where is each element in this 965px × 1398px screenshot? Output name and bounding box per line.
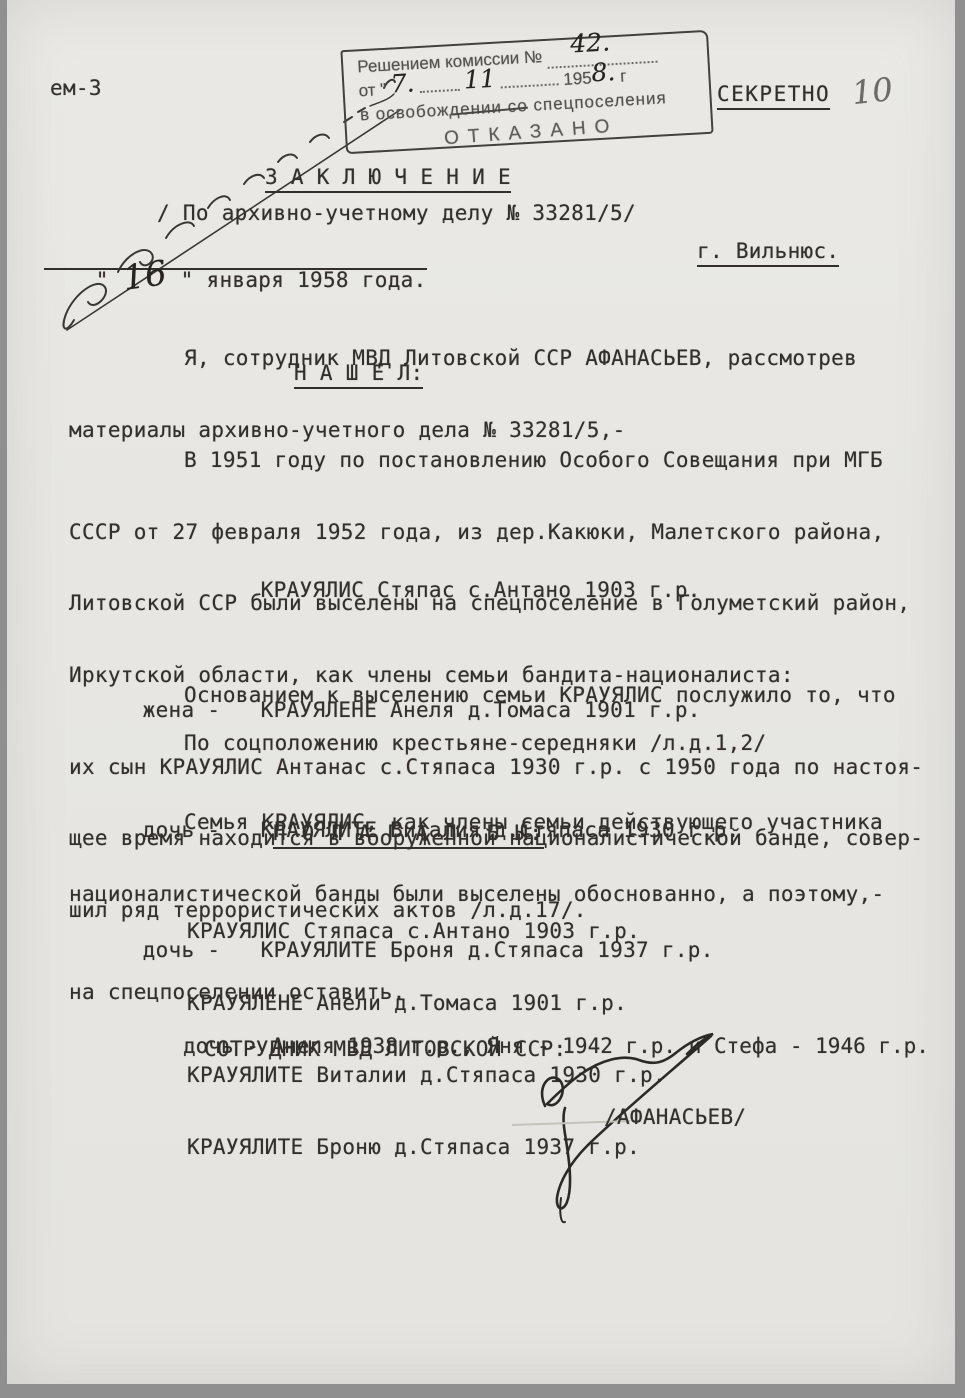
stamp-month-handwritten: 11	[463, 64, 496, 95]
date-open-quote: "	[96, 268, 109, 292]
propose-row: КРАУЯЛИС Стяпаса с.Антано 1903 г.р.	[187, 919, 666, 943]
family-name: КРАУЯЛИС Стяпас с.Антано 1903 г.р.	[261, 578, 701, 602]
date-line: "16" января 1958 года.	[44, 232, 427, 270]
secret-classification-label: СЕКРЕТНО	[717, 82, 830, 110]
paragraph-line: Я, сотрудник МВД Литовской ССР АФАНАСЬЕВ…	[69, 347, 857, 371]
final-decision-line: на спецпоселении оставить.	[69, 980, 406, 1004]
date-text: января 1958 года.	[194, 268, 427, 292]
signatory-name: /АФАНАСЬЕВ/	[604, 1105, 746, 1129]
place-label: г. Вильнюс.	[697, 239, 839, 267]
stamp-year-digit-handwritten: 8.	[591, 57, 616, 87]
paragraph-line: В 1951 году по постановлению Особого Сов…	[69, 449, 910, 473]
document-title: З А К Л Ю Ч Е Н И Е	[265, 165, 511, 193]
document-page: ем-3 Решением комиссии № 42. от " 7.	[7, 0, 955, 1384]
propose-heading: П О Л А Г А Л Б Ы:	[273, 821, 544, 849]
page-number-handwritten: 10	[850, 70, 894, 112]
approval-stamp: Решением комиссии № 42. от " 7. 11 1958.…	[340, 30, 713, 154]
date-day-handwritten: 16	[106, 251, 183, 301]
social-status-line: По соцположению крестьяне-середняки /л.д…	[184, 731, 766, 755]
found-heading: Н А Ш Е Л:	[294, 361, 423, 389]
paragraph-line: Основанием к выселению семьи КРАУЯЛИС по…	[69, 684, 923, 708]
stamp-year-suffix: г	[620, 66, 627, 85]
stamp-year-printed: 195	[563, 68, 592, 89]
stamp-case-number-handwritten: 42.	[569, 27, 610, 58]
case-reference: / По архивно-учетному делу № 33281/5/	[157, 201, 636, 225]
family-row: КРАУЯЛИС Стяпас с.Антано 1903 г.р.	[65, 554, 929, 626]
stamp-day-handwritten: 7.	[390, 68, 415, 98]
stamp-date-label: от "	[358, 80, 387, 101]
